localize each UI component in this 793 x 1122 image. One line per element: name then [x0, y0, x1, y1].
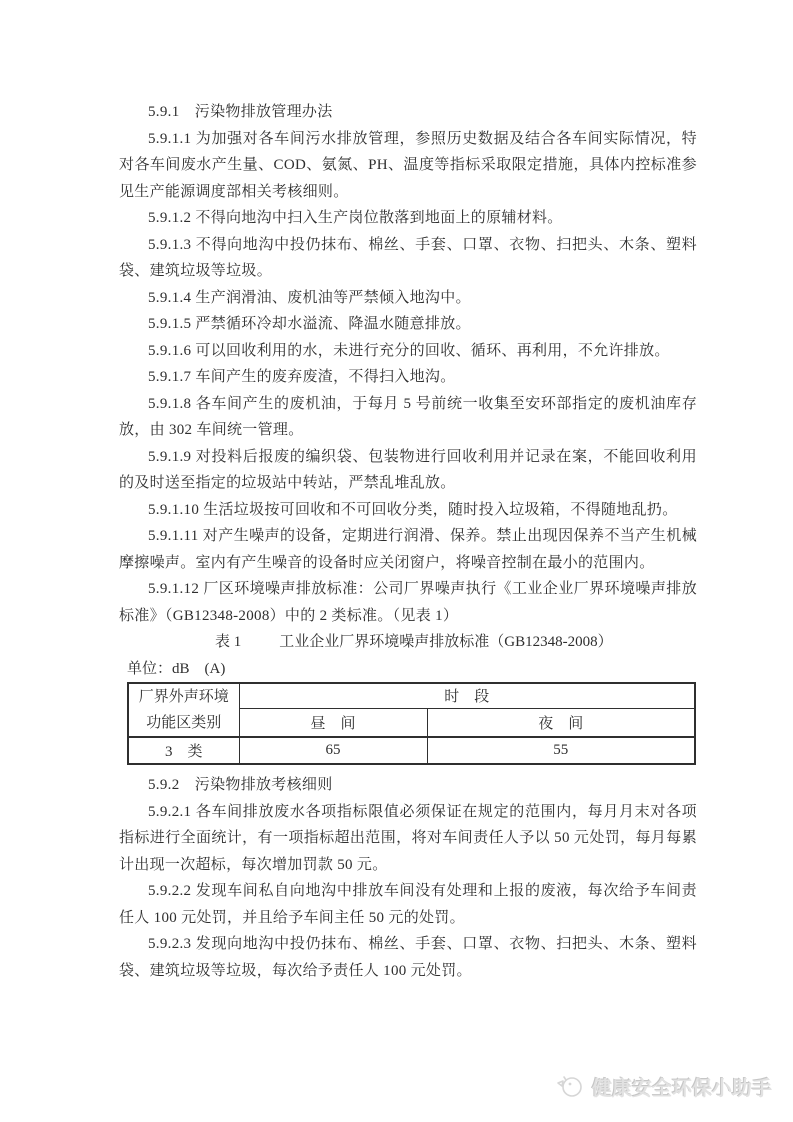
- clause-5-9-2-heading: 5.9.2 污染物排放考核细则: [119, 772, 697, 799]
- clause-5-9-1-10: 5.9.1.10 生活垃圾按可回收和不可回收分类，随时投入垃圾箱，不得随地乱扔。: [119, 497, 697, 524]
- watermark-text: 健康安全环保小助手: [592, 1072, 772, 1101]
- table-caption: 表 1工业企业厂界环境噪声排放标准（GB12348-2008）: [119, 629, 697, 656]
- table-row-header-line2: 功能区类别: [129, 710, 239, 736]
- clause-5-9-1-9: 5.9.1.9 对投料后报废的编织袋、包装物进行回收利用并记录在案，不能回收利用…: [119, 444, 697, 497]
- document-page: 5.9.1 污染物排放管理办法 5.9.1.1 为加强对各车间污水排放管理，参照…: [0, 0, 793, 1122]
- table-row-header-cell: 厂界外声环境 功能区类别: [128, 683, 239, 737]
- clause-5-9-1-1: 5.9.1.1 为加强对各车间污水排放管理，参照历史数据及结合各车间实际情况，特…: [119, 126, 697, 206]
- document-body: 5.9.1 污染物排放管理办法 5.9.1.1 为加强对各车间污水排放管理，参照…: [119, 99, 697, 984]
- clause-5-9-1-3: 5.9.1.3 不得向地沟中投仍抹布、棉丝、手套、口罩、衣物、扫把头、木条、塑料…: [119, 232, 697, 285]
- clause-5-9-1-11: 5.9.1.11 对产生噪声的设备，定期进行润滑、保养。禁止出现因保养不当产生机…: [119, 523, 697, 576]
- clause-5-9-2-1: 5.9.2.1 各车间排放废水各项指标限值必须保证在规定的范围内，每月月末对各项…: [119, 799, 697, 879]
- watermark: 健康安全环保小助手: [554, 1070, 772, 1102]
- clause-5-9-1-5: 5.9.1.5 严禁循环冷却水溢流、降温水随意排放。: [119, 311, 697, 338]
- table-row: 3 类 65 55: [128, 737, 695, 764]
- clause-5-9-2-2: 5.9.2.2 发现车间私自向地沟中排放车间没有处理和上报的废液，每次给予车间责…: [119, 878, 697, 931]
- table-day-header-cell: 昼 间: [239, 708, 427, 737]
- table-period-header-cell: 时 段: [239, 683, 695, 708]
- clause-5-9-1-8: 5.9.1.8 各车间产生的废机油，于每月 5 号前统一收集至安环部指定的废机油…: [119, 391, 697, 444]
- table-unit-note: 单位：dB (A): [119, 656, 697, 683]
- clause-5-9-1-7: 5.9.1.7 车间产生的废弃废渣，不得扫入地沟。: [119, 364, 697, 391]
- table-night-header-cell: 夜 间: [427, 708, 695, 737]
- mascot-logo-icon: [554, 1070, 586, 1102]
- noise-standard-table: 厂界外声环境 功能区类别 时 段 昼 间 夜 间 3 类 65 55: [127, 682, 696, 765]
- table-caption-label: 表 1: [215, 634, 241, 650]
- table-caption-title: 工业企业厂界环境噪声排放标准（GB12348-2008）: [279, 634, 612, 650]
- clause-5-9-2-3: 5.9.2.3 发现向地沟中投仍抹布、棉丝、手套、口罩、衣物、扫把头、木条、塑料…: [119, 931, 697, 984]
- table-night-value-cell: 55: [427, 737, 695, 764]
- table-category-cell: 3 类: [128, 737, 239, 764]
- clause-5-9-1-2: 5.9.1.2 不得向地沟中扫入生产岗位散落到地面上的原辅材料。: [119, 205, 697, 232]
- clause-5-9-1-12: 5.9.1.12 厂区环境噪声排放标准：公司厂界噪声执行《工业企业厂界环境噪声排…: [119, 576, 697, 629]
- table-row-header-line1: 厂界外声环境: [129, 684, 239, 710]
- clause-5-9-1-heading: 5.9.1 污染物排放管理办法: [119, 99, 697, 126]
- clause-5-9-1-6: 5.9.1.6 可以回收利用的水，未进行充分的回收、循环、再利用，不允许排放。: [119, 338, 697, 365]
- clause-5-9-1-4: 5.9.1.4 生产润滑油、废机油等严禁倾入地沟中。: [119, 285, 697, 312]
- table-day-value-cell: 65: [239, 737, 427, 764]
